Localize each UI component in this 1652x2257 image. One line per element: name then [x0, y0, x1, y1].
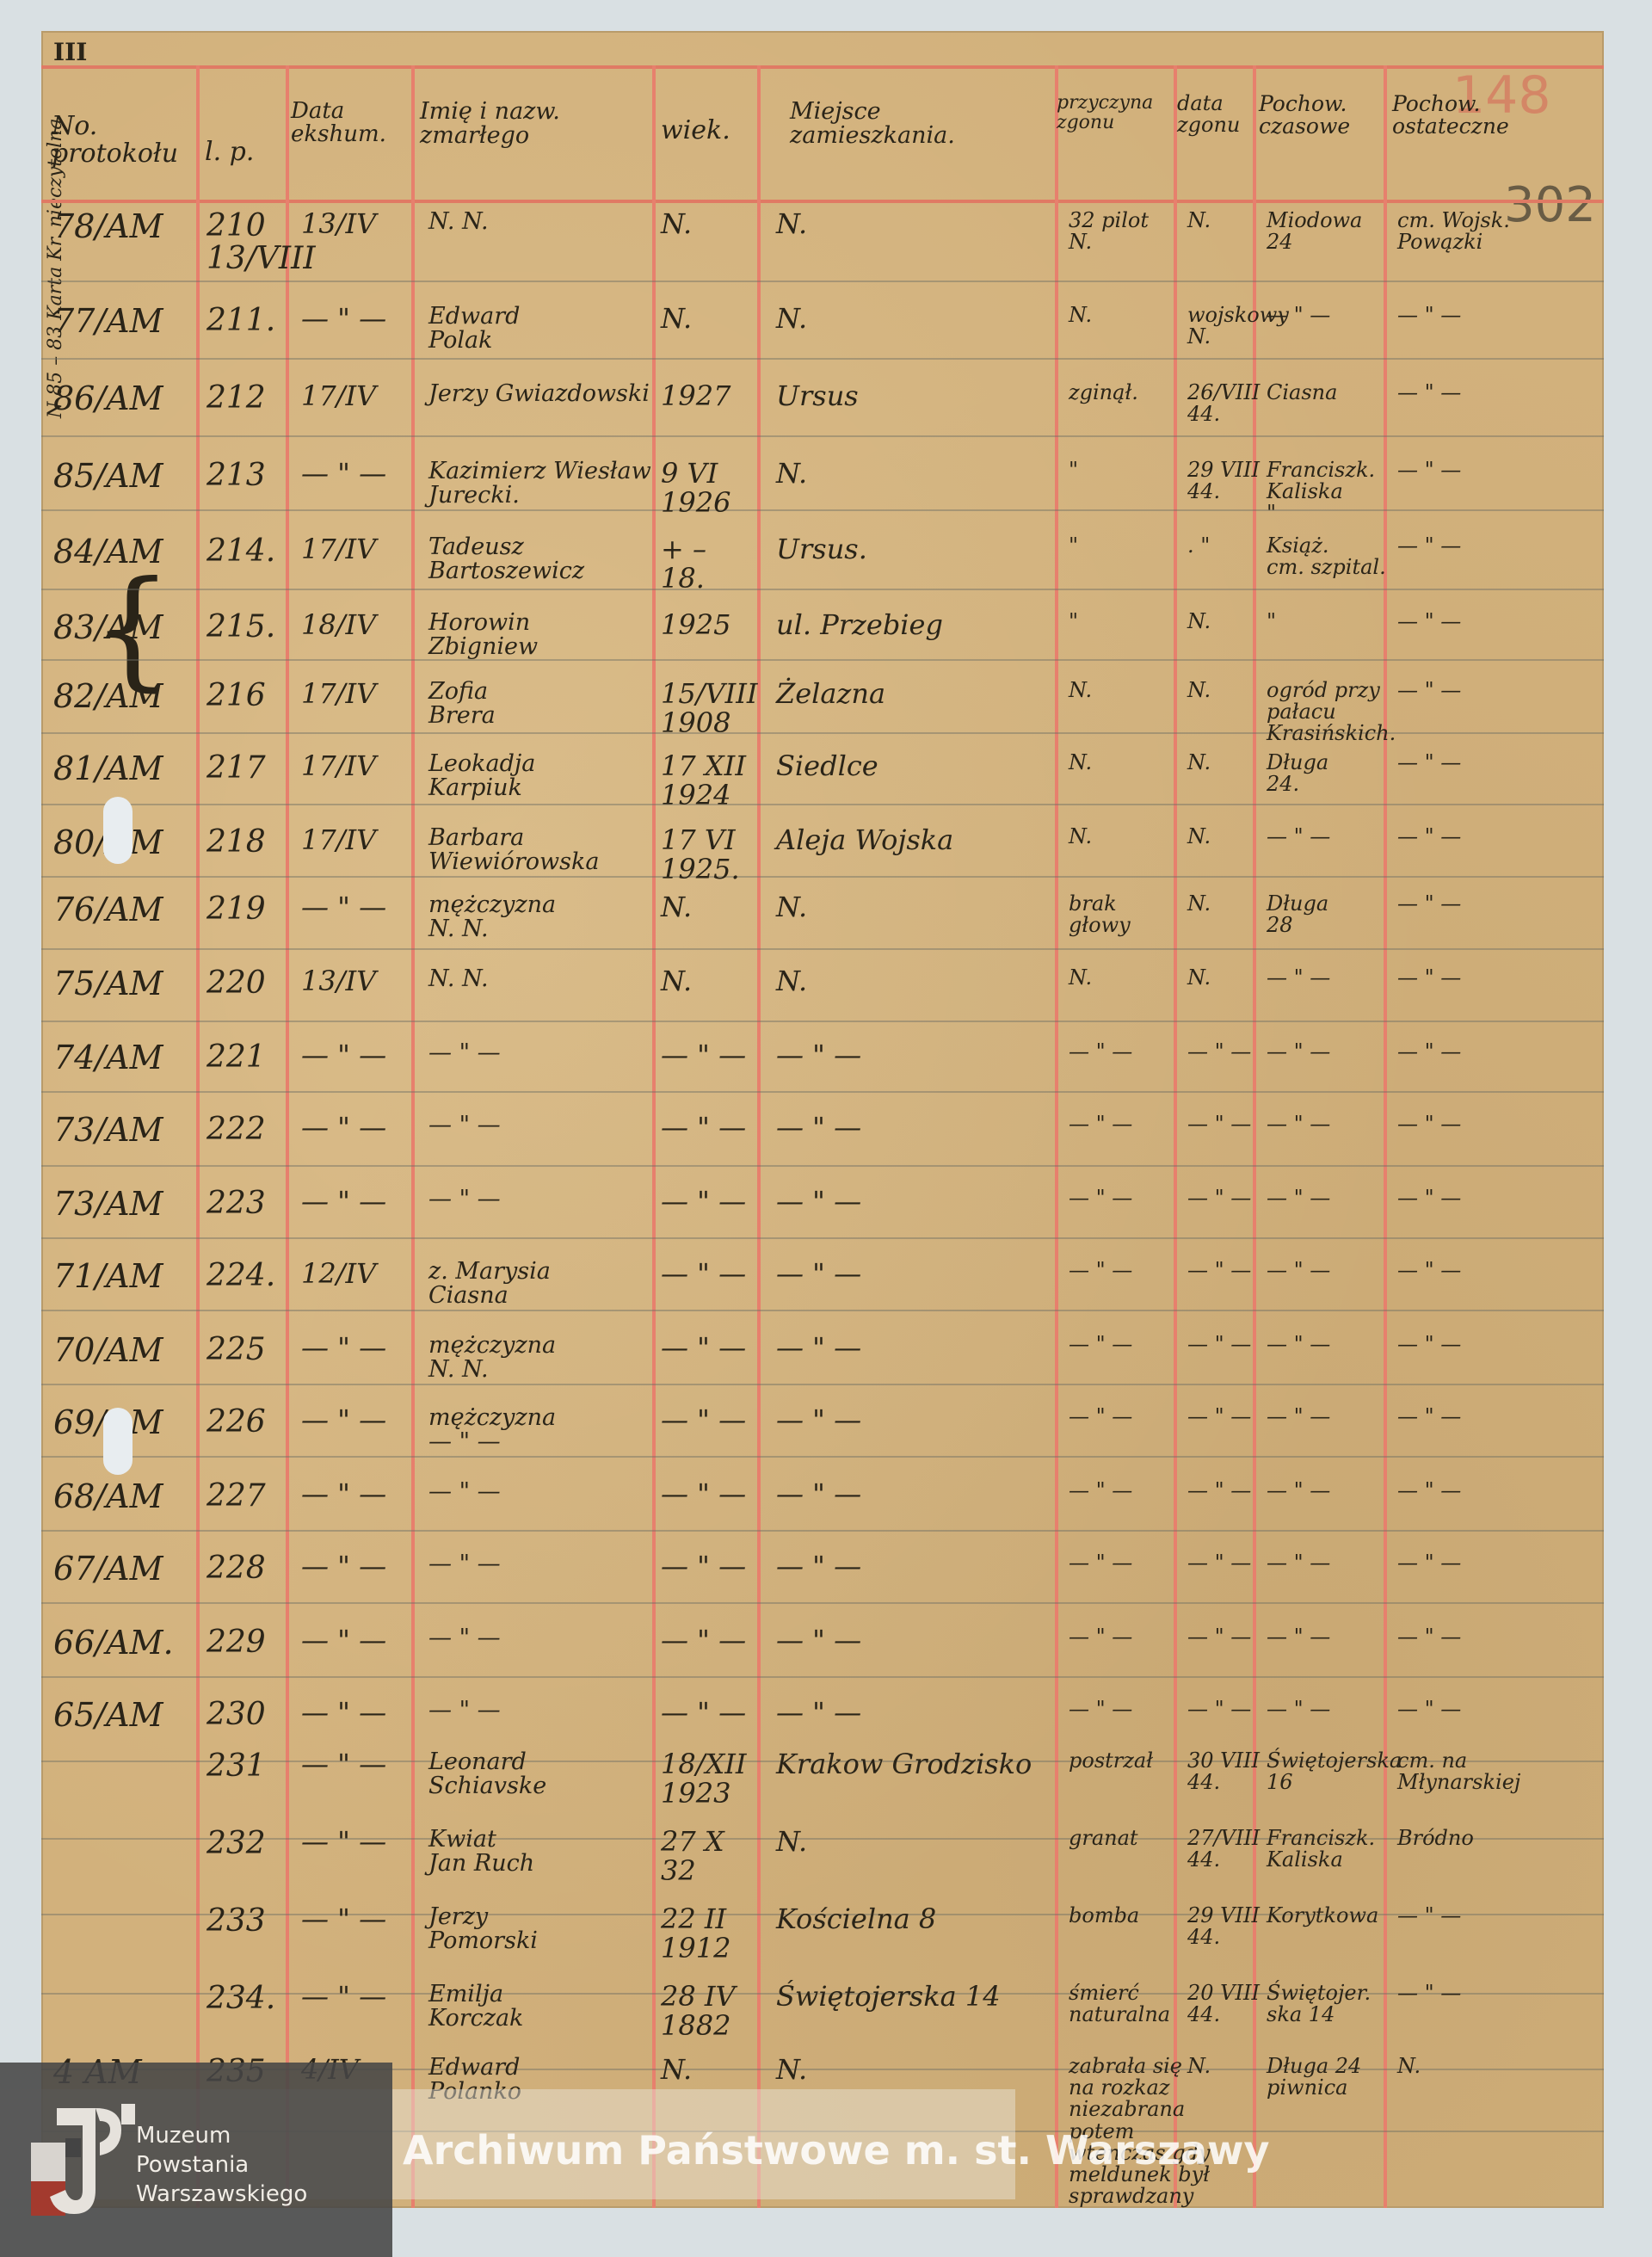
residence: — " — [776, 1041, 861, 1070]
museum-name-line-2: Powstania [136, 2150, 307, 2180]
residence: Aleja Wojska [776, 826, 953, 855]
entry-number: 220 [206, 967, 266, 1000]
column-rule [196, 65, 200, 2208]
final-burial: — " — [1397, 1905, 1461, 1927]
exhumation-date: 13/IV [301, 967, 376, 996]
final-burial: — " — [1397, 1699, 1461, 1720]
exhumation-date: — " — [301, 1983, 386, 2012]
entry-number: 227 [206, 1480, 266, 1513]
exhumation-date: 17/IV [301, 382, 376, 411]
final-burial: — " — [1397, 535, 1461, 557]
entry-number: 212 [206, 382, 266, 415]
death-date: — " — [1187, 1041, 1251, 1063]
cause-of-death: N. [1069, 305, 1092, 326]
row-rule [41, 1602, 1604, 1604]
deceased-name: Emilja Korczak [428, 1983, 523, 2032]
residence: — " — [776, 1552, 861, 1582]
final-burial: — " — [1397, 1041, 1461, 1063]
death-date: . " [1187, 535, 1210, 557]
temporary-burial: Świętojerska 16 [1267, 1750, 1389, 1793]
residence: Ursus. [776, 535, 867, 564]
exhumation-date: 17/IV [301, 752, 376, 781]
temporary-burial: Długa 24 piwnica [1267, 2056, 1361, 2099]
age: N. [661, 967, 692, 996]
deceased-name: Tadeusz Bartoszewicz [428, 535, 584, 584]
museum-name: Muzeum Powstania Warszawskiego [136, 2121, 307, 2209]
residence: N. [776, 2056, 807, 2085]
temporary-burial: — " — [1267, 1699, 1330, 1720]
punch-hole [103, 797, 133, 864]
cause-of-death: N. [1069, 826, 1092, 848]
temporary-burial: — " — [1267, 1334, 1330, 1355]
temporary-burial: " [1267, 611, 1276, 632]
entry-number: 214. [206, 535, 275, 568]
deceased-name: Horowin Zbigniew [428, 611, 538, 660]
deceased-name: Jerzy Pomorski [428, 1905, 538, 1954]
row-rule [41, 876, 1604, 878]
deceased-name: Leonard Schiavske [428, 1750, 546, 1799]
header-exhumation-date: Data ekshum. [291, 100, 386, 147]
residence: — " — [776, 1260, 861, 1289]
deceased-name: N. N. [428, 967, 489, 991]
row-rule [41, 281, 1604, 282]
final-burial: — " — [1397, 1334, 1461, 1355]
temporary-burial: — " — [1267, 1187, 1330, 1209]
deceased-name: Leokadja Karpiuk [428, 752, 535, 801]
exhumation-date: 13/IV [301, 210, 376, 239]
cause-of-death: — " — [1069, 1260, 1132, 1281]
protocol-number: 73/AM [53, 1113, 163, 1148]
residence: — " — [776, 1334, 861, 1363]
deceased-name: Jerzy Gwiazdowski [428, 382, 650, 406]
residence: Siedlce [776, 752, 878, 781]
final-burial: cm. na Młynarskiej [1397, 1750, 1520, 1793]
cause-of-death: — " — [1069, 1480, 1132, 1502]
deceased-name: Kazimierz Wiesław Jurecki. [428, 459, 651, 509]
residence: N. [776, 305, 807, 334]
residence: N. [776, 210, 807, 239]
death-date: — " — [1187, 1699, 1251, 1720]
entry-number: 217 [206, 752, 266, 785]
row-rule [41, 1165, 1604, 1167]
header-age: wiek. [661, 117, 730, 145]
museum-name-line-3: Warszawskiego [136, 2180, 307, 2209]
entry-number: 218 [206, 826, 266, 859]
column-rule [652, 65, 656, 2208]
residence: N. [776, 967, 807, 996]
residence: Żelazna [776, 680, 885, 709]
temporary-burial: — " — [1267, 1626, 1330, 1648]
age: N. [661, 2056, 692, 2085]
entry-number: 231 [206, 1750, 266, 1783]
column-rule [1384, 65, 1387, 2208]
exhumation-date: 17/IV [301, 535, 376, 564]
exhumation-date: — " — [301, 459, 386, 489]
cause-of-death: — " — [1069, 1626, 1132, 1648]
cause-of-death: N. [1069, 967, 1092, 989]
protocol-number: 84/AM [53, 535, 163, 570]
final-burial: — " — [1397, 1113, 1461, 1135]
entry-number: 222 [206, 1113, 266, 1146]
residence: — " — [776, 1187, 861, 1217]
final-burial: — " — [1397, 611, 1461, 632]
final-burial: — " — [1397, 1187, 1461, 1209]
final-burial: — " — [1397, 893, 1461, 915]
cause-of-death: — " — [1069, 1041, 1132, 1063]
final-burial: — " — [1397, 305, 1461, 326]
death-date: N. [1187, 2056, 1211, 2077]
column-rule [286, 65, 289, 2208]
museum-logo-overlay: Muzeum Powstania Warszawskiego [0, 2063, 392, 2257]
final-burial: — " — [1397, 1480, 1461, 1502]
exhumation-date: — " — [301, 1480, 386, 1509]
age: — " — [661, 1699, 746, 1728]
exhumation-date: — " — [301, 1750, 386, 1779]
cause-of-death: " [1069, 459, 1078, 481]
residence: — " — [776, 1626, 861, 1656]
punch-hole [103, 1408, 133, 1475]
residence: — " — [776, 1480, 861, 1509]
temporary-burial: Franciszk. Kaliska [1267, 1828, 1375, 1871]
column-rule [1055, 65, 1058, 2208]
residence: N. [776, 459, 807, 489]
temporary-burial: — " — [1267, 1552, 1330, 1574]
age: 1927 [661, 382, 730, 411]
age: 15/VIII 1908 [661, 680, 758, 737]
temporary-burial: Długa 28 [1267, 893, 1328, 936]
row-rule [41, 589, 1604, 590]
entry-number: 230 [206, 1699, 266, 1731]
age: 18/XII 1923 [661, 1750, 747, 1808]
entry-number: 211. [206, 305, 275, 337]
temporary-burial: Długa 24. [1267, 752, 1328, 795]
protocol-number: 75/AM [53, 967, 163, 1002]
temporary-burial: Świętojer. ska 14 [1267, 1983, 1371, 2026]
exhumation-date: — " — [301, 1905, 386, 1934]
age: 22 II 1912 [661, 1905, 730, 1963]
age: 17 XII 1924 [661, 752, 746, 810]
protocol-number: 65/AM [53, 1699, 163, 1733]
residence: — " — [776, 1113, 861, 1143]
deceased-name: Zofia Brera [428, 680, 496, 729]
entry-number: 210 13/VIII [206, 210, 293, 275]
exhumation-date: — " — [301, 1113, 386, 1143]
age: — " — [661, 1480, 746, 1509]
final-burial: Bródno [1397, 1828, 1474, 1849]
exhumation-date: — " — [301, 1334, 386, 1363]
exhumation-date: — " — [301, 1406, 386, 1435]
column-rule [411, 65, 415, 2208]
deceased-name: mężczyzna — " — [428, 1406, 556, 1455]
temporary-burial: Ciasna [1267, 382, 1337, 404]
row-rule [41, 1091, 1604, 1093]
pencil-folio-number: 302 [1504, 177, 1596, 233]
header-protocol-no: No. protokołu [52, 113, 178, 167]
cause-of-death: śmierć naturalna [1069, 1983, 1170, 2026]
death-date: N. [1187, 210, 1211, 231]
header-bottom-rule [41, 200, 1604, 203]
entry-number: 229 [206, 1626, 266, 1659]
row-rule [41, 358, 1604, 360]
entry-number: 216 [206, 680, 266, 712]
age: 28 IV 1882 [661, 1983, 736, 2040]
deceased-name: — " — [428, 1041, 501, 1065]
deceased-name: N. N. [428, 210, 489, 234]
entry-number: 234. [206, 1983, 275, 2015]
residence: N. [776, 1828, 807, 1857]
death-date: — " — [1187, 1626, 1251, 1648]
temporary-burial: Franciszk. Kaliska " [1267, 459, 1375, 525]
protocol-number: 71/AM [53, 1260, 163, 1294]
cause-of-death: zginął. [1069, 382, 1138, 404]
protocol-number: 78/AM [53, 210, 163, 244]
header-residence: Miejsce zamieszkania. [790, 100, 955, 149]
temporary-burial: Miodowa 24 [1267, 210, 1362, 253]
row-rule [41, 1676, 1604, 1678]
header-lp: l. p. [205, 139, 254, 166]
death-date: 27/VIII 44. [1187, 1828, 1258, 1871]
age: 27 X 32 [661, 1828, 724, 1885]
archive-watermark: Archiwum Państwowe m. st. Warszawy [403, 2127, 1270, 2174]
deceased-name: — " — [428, 1699, 501, 1723]
header-final-burial: Pochow. ostateczne [1392, 93, 1509, 139]
death-date: 29 VIII 44. [1187, 459, 1258, 503]
death-date: — " — [1187, 1480, 1251, 1502]
cause-of-death: — " — [1069, 1113, 1132, 1135]
temporary-burial: — " — [1267, 967, 1330, 989]
death-date: — " — [1187, 1260, 1251, 1281]
protocol-number: 73/AM [53, 1187, 163, 1222]
deceased-name: mężczyzna N. N. [428, 893, 556, 942]
protocol-number: 70/AM [53, 1334, 163, 1368]
age: — " — [661, 1334, 746, 1363]
final-burial: — " — [1397, 1406, 1461, 1428]
temporary-burial: — " — [1267, 1480, 1330, 1502]
temporary-burial: ogród przy pałacu Krasińskich. [1267, 680, 1389, 745]
row-rule [41, 1237, 1604, 1239]
cause-of-death: — " — [1069, 1552, 1132, 1574]
row-rule [41, 1530, 1604, 1532]
age: 1925 [661, 611, 730, 640]
death-date: — " — [1187, 1113, 1251, 1135]
cause-of-death: bomba [1069, 1905, 1139, 1927]
exhumation-date: — " — [301, 1187, 386, 1217]
entry-number: 221 [206, 1041, 266, 1074]
deceased-name: Kwiat Jan Ruch [428, 1828, 534, 1877]
cause-of-death: — " — [1069, 1187, 1132, 1209]
deceased-name: — " — [428, 1113, 501, 1138]
exhumation-date: — " — [301, 893, 386, 922]
row-rule [41, 1310, 1604, 1311]
residence: N. [776, 893, 807, 922]
deceased-name: — " — [428, 1480, 501, 1504]
header-name: Imię i nazw. zmarłego [420, 100, 560, 149]
entry-number: 226 [206, 1406, 266, 1439]
residence: Kościelna 8 [776, 1905, 936, 1934]
residence: — " — [776, 1406, 861, 1435]
death-date: N. [1187, 967, 1211, 989]
row-rule [41, 659, 1604, 661]
exhumation-date: — " — [301, 1041, 386, 1070]
entry-number: 225 [206, 1334, 266, 1366]
header-death-date: data zgonu [1177, 93, 1240, 136]
entry-number: 219 [206, 893, 266, 926]
entry-number: 223 [206, 1187, 266, 1220]
age: — " — [661, 1113, 746, 1143]
protocol-number: 85/AM [53, 459, 163, 494]
cause-of-death: 32 pilot N. [1069, 210, 1149, 253]
protocol-number: 77/AM [53, 305, 163, 339]
row-rule [41, 1021, 1604, 1022]
column-rule [1174, 65, 1177, 2208]
protocol-number: 74/AM [53, 1041, 163, 1076]
exhumation-date: 17/IV [301, 680, 376, 709]
death-date: 26/VIII 44. [1187, 382, 1258, 425]
entry-number: 215. [206, 611, 275, 644]
age: — " — [661, 1187, 746, 1217]
final-burial: — " — [1397, 382, 1461, 404]
exhumation-date: 18/IV [301, 611, 376, 640]
final-burial: — " — [1397, 1983, 1461, 2004]
row-rule [41, 1384, 1604, 1385]
age: — " — [661, 1626, 746, 1656]
age: N. [661, 210, 692, 239]
protocol-number: 68/AM [53, 1480, 163, 1514]
residence: Ursus [776, 382, 859, 411]
protocol-number: 81/AM [53, 752, 163, 786]
cause-of-death: — " — [1069, 1406, 1132, 1428]
final-burial: — " — [1397, 1260, 1461, 1281]
death-date: 20 VIII 44. [1187, 1983, 1258, 2026]
header-top-rule [41, 65, 1604, 69]
cause-of-death: postrzał [1069, 1750, 1153, 1772]
death-date: N. [1187, 611, 1211, 632]
age: — " — [661, 1552, 746, 1582]
death-date: N. [1187, 680, 1211, 701]
row-rule [41, 804, 1604, 805]
cause-of-death: " [1069, 535, 1078, 557]
final-burial: — " — [1397, 1626, 1461, 1648]
temporary-burial: — " — [1267, 1406, 1330, 1428]
exhumation-date: — " — [301, 1828, 386, 1857]
age: 9 VI 1926 [661, 459, 730, 517]
protocol-number: 83/AM [53, 611, 163, 645]
age: + – 18. [661, 535, 706, 593]
protocol-number: 82/AM [53, 680, 163, 714]
death-date: N. [1187, 752, 1211, 774]
death-date: — " — [1187, 1406, 1251, 1428]
residence: Krakow Grodzisko [776, 1750, 1032, 1779]
deceased-name: mężczyzna N. N. [428, 1334, 556, 1383]
death-date: wojskowy N. [1187, 305, 1258, 348]
column-rule [757, 65, 761, 2208]
cause-of-death: N. [1069, 752, 1092, 774]
temporary-burial: Korytkowa [1267, 1905, 1378, 1927]
header-cause-of-death: przyczyna zgonu [1057, 93, 1153, 133]
final-burial: — " — [1397, 459, 1461, 481]
final-burial: cm. Wojsk. Powązki [1397, 210, 1510, 253]
age: 17 VI 1925. [661, 826, 740, 884]
row-rule [41, 1456, 1604, 1458]
death-date: — " — [1187, 1552, 1251, 1574]
cause-of-death: brak głowy [1069, 893, 1131, 936]
entry-number: 224. [206, 1260, 275, 1292]
ledger-page: III 148 302 N 85 – 83 Karta Kr. nieczyte… [41, 31, 1604, 2208]
cause-of-death: " [1069, 611, 1078, 632]
exhumation-date: 17/IV [301, 826, 376, 855]
temporary-burial: — " — [1267, 1113, 1330, 1135]
entry-number: 228 [206, 1552, 266, 1585]
residence: — " — [776, 1699, 861, 1728]
final-burial: — " — [1397, 967, 1461, 989]
exhumation-date: — " — [301, 305, 386, 334]
header-temp-burial: Pochow. czasowe [1259, 93, 1350, 139]
museum-name-line-1: Muzeum [136, 2121, 307, 2150]
protocol-number: 86/AM [53, 382, 163, 416]
deceased-name: — " — [428, 1552, 501, 1576]
protocol-number: 66/AM. [53, 1626, 174, 1661]
age: — " — [661, 1041, 746, 1070]
row-rule [41, 948, 1604, 950]
residence: Świętojerska 14 [776, 1983, 1001, 2012]
protocol-number: 67/AM [53, 1552, 163, 1587]
death-date: N. [1187, 893, 1211, 915]
temporary-burial: — " — [1267, 1041, 1330, 1063]
death-date: N. [1187, 826, 1211, 848]
temporary-burial: Książ. cm. szpital. [1267, 535, 1386, 578]
exhumation-date: 12/IV [301, 1260, 376, 1289]
kotwica-anchor-icon [31, 2104, 143, 2216]
deceased-name: — " — [428, 1626, 501, 1650]
age: — " — [661, 1260, 746, 1289]
residence: ul. Przebieg [776, 611, 943, 640]
page-marker: III [53, 38, 87, 66]
deceased-name: Edward Polak [428, 305, 520, 354]
deceased-name: — " — [428, 1187, 501, 1212]
temporary-burial: — " — [1267, 1260, 1330, 1281]
final-burial: N. [1397, 2056, 1421, 2077]
death-date: 29 VIII 44. [1187, 1905, 1258, 1948]
cause-of-death: granat [1069, 1828, 1138, 1849]
cause-of-death: — " — [1069, 1699, 1132, 1720]
row-rule [41, 435, 1604, 437]
temporary-burial: — " — [1267, 826, 1330, 848]
death-date: 30 VIII 44. [1187, 1750, 1258, 1793]
age: N. [661, 893, 692, 922]
entry-number: 232 [206, 1828, 266, 1860]
exhumation-date: — " — [301, 1552, 386, 1582]
protocol-number: 76/AM [53, 893, 163, 928]
death-date: — " — [1187, 1187, 1251, 1209]
exhumation-date: — " — [301, 1699, 386, 1728]
final-burial: — " — [1397, 680, 1461, 701]
exhumation-date: — " — [301, 1626, 386, 1656]
death-date: — " — [1187, 1334, 1251, 1355]
age: N. [661, 305, 692, 334]
final-burial: — " — [1397, 826, 1461, 848]
entry-number: 213 [206, 459, 266, 492]
deceased-name: Barbara Wiewiórowska [428, 826, 599, 875]
deceased-name: z. Marysia Ciasna [428, 1260, 551, 1309]
entry-number: 233 [206, 1905, 266, 1938]
cause-of-death: — " — [1069, 1334, 1132, 1355]
final-burial: — " — [1397, 1552, 1461, 1574]
temporary-burial: — " — [1267, 305, 1330, 326]
age: — " — [661, 1406, 746, 1435]
cause-of-death: N. [1069, 680, 1092, 701]
final-burial: — " — [1397, 752, 1461, 774]
